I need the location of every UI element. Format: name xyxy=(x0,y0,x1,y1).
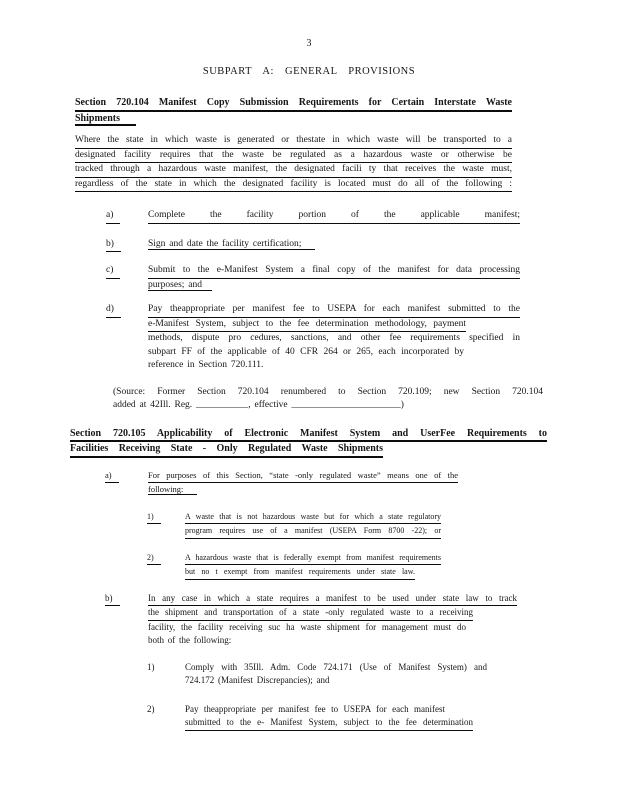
item-b1-720-105: 1)Comply with 35Ill. Adm. Code 724.171 (… xyxy=(185,661,487,688)
item-b1-720-105-line-1: Comply with 35Ill. Adm. Code 724.171 (Us… xyxy=(185,661,487,675)
item-c-720-104-line-2: purposes; and xyxy=(148,279,520,293)
item-a-720-105-line-1: For purposes of this Section, “state -on… xyxy=(148,469,458,484)
item-a-720-105: a)For purposes of this Section, “state -… xyxy=(148,469,458,497)
section-heading-720-105-line-1: Section 720.105 Applicability of Electro… xyxy=(70,427,547,443)
item-a-720-104-line-1: Complete the facility portion of the app… xyxy=(148,209,520,224)
item-b-720-105-line-4: both of the following: xyxy=(148,634,517,648)
item-a-720-104: a)Complete the facility portion of the a… xyxy=(148,209,520,224)
item-c-720-104-line-2-text: purposes; and xyxy=(148,280,212,291)
document-title: SUBPART A: GENERAL PROVISIONS xyxy=(0,66,618,77)
item-a1-720-105: 1)A waste that is not hazardous waste bu… xyxy=(185,510,441,539)
item-a-720-105-label: a) xyxy=(105,469,119,484)
item-d-720-104: d)Pay theappropriate per manifest fee to… xyxy=(148,303,520,373)
section-heading-720-105-line-2: Facilities Receiving State - Only Regula… xyxy=(70,442,383,458)
item-b2-720-105-line-2: submitted to the e- Manifest System, sub… xyxy=(185,716,473,731)
item-b2-720-105-label: 2) xyxy=(147,703,155,717)
page-number: 3 xyxy=(0,38,618,49)
source-note: (Source: Former Section 720.104 renumber… xyxy=(113,386,543,413)
item-b-720-104-line-1: Sign and date the facility certification… xyxy=(148,238,520,252)
section-heading-720-105: Section 720.105 Applicability of Electro… xyxy=(70,427,547,458)
item-d-720-104-line-3: methods, dispute pro cedures, sanctions,… xyxy=(148,332,520,346)
item-b-720-105-line-3: facility, the facility receiving suc ha … xyxy=(148,621,466,635)
item-a-720-105-line-2-text: following: xyxy=(148,484,197,495)
intro-paragraph-line-1: Where the state in which waste is genera… xyxy=(75,134,512,149)
item-a2-720-105: 2)A hazardous waste that is federally ex… xyxy=(185,551,441,580)
item-a1-720-105-label: 1) xyxy=(147,510,161,525)
section-heading-720-104-line-2-text: Shipments xyxy=(75,113,136,126)
item-b1-720-105-label: 1) xyxy=(147,661,155,675)
item-d-720-104-label: d) xyxy=(106,303,121,318)
item-c-720-104-line-1: Submit to the e-Manifest System a final … xyxy=(148,264,520,279)
intro-paragraph-line-4: regardless of the state in which the des… xyxy=(75,178,512,193)
item-a-720-104-label: a) xyxy=(106,209,120,224)
section-heading-720-104-line-1: Section 720.104 Manifest Copy Submission… xyxy=(75,96,512,112)
item-b-720-104-label: b) xyxy=(106,238,121,253)
item-b-720-105-line-1: In any case in which a state requires a … xyxy=(148,592,517,607)
item-a2-720-105-label: 2) xyxy=(147,551,161,566)
document-page: 3 SUBPART A: GENERAL PROVISIONS Section … xyxy=(0,0,618,800)
item-b-720-104: b)Sign and date the facility certificati… xyxy=(148,238,520,252)
section-heading-720-104: Section 720.104 Manifest Copy Submission… xyxy=(75,96,512,125)
intro-paragraph-line-2: designated facility requires that the wa… xyxy=(75,149,512,164)
item-c-720-104-label: c) xyxy=(106,264,120,279)
item-b-720-105-line-2: the shipment and transportation of a sta… xyxy=(148,606,473,621)
source-note-line-2: added at 42Ill. Reg. ___________, effect… xyxy=(113,399,543,413)
item-b2-720-105-line-1: Pay theappropriate per manifest fee to U… xyxy=(185,703,445,717)
intro-paragraph-line-3: tracked through a hazardous waste manife… xyxy=(75,163,512,178)
item-c-720-104: c)Submit to the e-Manifest System a fina… xyxy=(148,264,520,292)
item-d-720-104-line-2: e-Manifest System, subject to the fee de… xyxy=(148,318,466,333)
item-b-720-104-line-1-text: Sign and date the facility certification… xyxy=(148,239,315,250)
item-d-720-104-line-4: subpart FF of the applicable of 40 CFR 2… xyxy=(148,346,464,360)
intro-paragraph: Where the state in which waste is genera… xyxy=(75,134,512,192)
item-b-720-105: b)In any case in which a state requires … xyxy=(148,592,517,648)
item-a2-720-105-line-1: A hazardous waste that is federally exem… xyxy=(185,551,441,566)
item-a-720-105-line-2: following: xyxy=(148,483,458,497)
item-b2-720-105: 2)Pay theappropriate per manifest fee to… xyxy=(185,703,473,731)
item-d-720-104-line-1: Pay theappropriate per manifest fee to U… xyxy=(148,303,520,318)
item-b1-720-105-line-2: 724.172 (Manifest Discrepancies); and xyxy=(185,674,487,688)
item-a2-720-105-line-2: but no t exempt from manifest requiremen… xyxy=(185,565,415,580)
source-note-line-1: (Source: Former Section 720.104 renumber… xyxy=(113,386,543,400)
item-a1-720-105-line-1: A waste that is not hazardous waste but … xyxy=(185,510,441,525)
section-heading-720-104-line-2: Shipments xyxy=(75,112,512,126)
item-a1-720-105-line-2: program requires use of a manifest (USEP… xyxy=(185,524,441,539)
item-b-720-105-label: b) xyxy=(105,592,120,607)
item-d-720-104-line-5: reference in Section 720.111. xyxy=(148,359,520,373)
document-body: Section 720.104 Manifest Copy Submission… xyxy=(0,96,618,731)
